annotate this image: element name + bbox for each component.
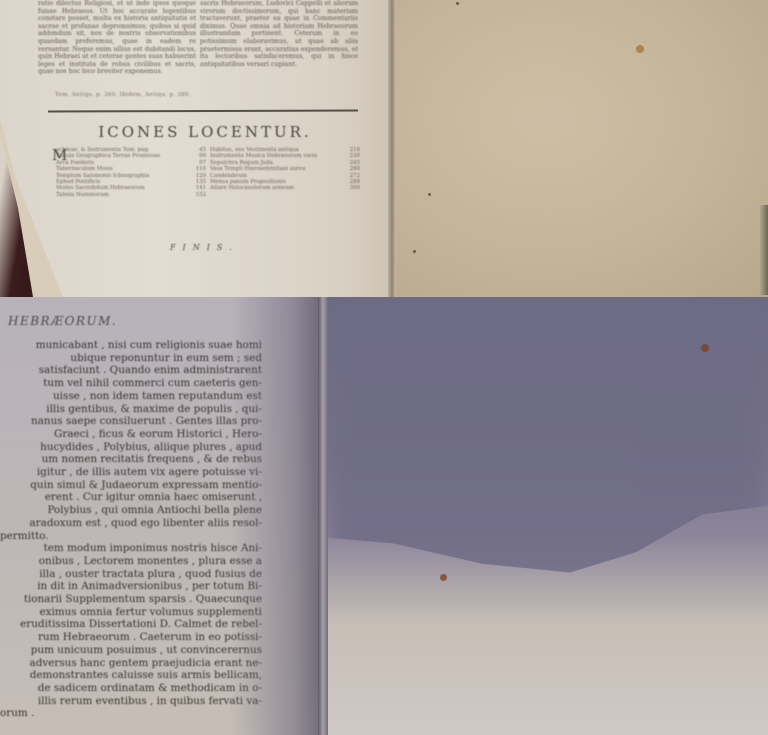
text-line: aradoxum est , quod ego libenter aliis r… xyxy=(0,517,262,530)
text-line: permitto. xyxy=(0,530,262,543)
book-gutter xyxy=(318,297,328,735)
text-line: nanus saepe consiluerunt . Gentes illas … xyxy=(0,415,262,428)
text-line: um nomen recitatis frequens , & de rebus xyxy=(0,453,262,466)
text-line: tum vel nihil commerci cum caeteris gen- xyxy=(0,377,262,390)
text-line: demonstrantes caluisse suis armis bellic… xyxy=(0,669,262,682)
top-photograph: ratio dilectus Religiosi, et ut inde ips… xyxy=(0,0,768,297)
plate-list-left: achinae, & Instrumenta Tom. pag.45 Tabul… xyxy=(56,147,206,198)
text-line: satisfaciunt . Quando enim administraren… xyxy=(0,364,262,377)
text-line: onibus , Lectorem monentes , plura esse … xyxy=(0,555,262,568)
left-page-top: ratio dilectus Religiosi, et ut inde ips… xyxy=(0,0,392,297)
footnote: Tom. Antiqu. p. 360. Ibidem, Antiqu. p. … xyxy=(55,92,191,98)
running-head: HEBRÆORUM. xyxy=(8,314,117,328)
text-line: de sadicem ordinatam & methodicam in o- xyxy=(0,682,262,695)
finis-colophon: FINIS. xyxy=(170,243,239,252)
foxing-spot xyxy=(636,45,644,53)
text-line: illis rerum eventibus , in quibus fervat… xyxy=(0,695,262,708)
body-text: municabant , nisi cum religionis suae ho… xyxy=(0,339,262,720)
text-line: Graeci , ficus & eorum Historici , Hero- xyxy=(0,428,262,441)
section-heading: ICONES LOCENTUR. xyxy=(55,123,355,141)
text-line: uisse , non idem tamen reputandum est xyxy=(0,390,262,403)
page-shadow xyxy=(230,297,320,735)
plate-list-right: Habitus, seu Vestimenta antiqua218 Instr… xyxy=(210,147,360,192)
bottom-photograph: HEBRÆORUM. municabant , nisi cum religio… xyxy=(0,297,768,735)
text-line: pum unicuum posuimus , ut convincerernus xyxy=(0,644,262,657)
text-line: illis gentibus, & maxime de populis , qu… xyxy=(0,403,262,416)
text-line: eruditissima Dissertationi D. Calmet de … xyxy=(0,618,262,631)
text-line: erent . Cur igitur omnia haec omiserunt … xyxy=(0,491,262,504)
page-edge xyxy=(760,205,768,295)
ink-speck xyxy=(413,250,416,253)
text-line: adversus hanc gentem praejudicia erant n… xyxy=(0,657,262,670)
text-line: ubique reponuntur in eum sem ; sed xyxy=(0,352,262,365)
text-line: quin simul & Judaeorum expressam mentio- xyxy=(0,479,262,492)
text-line: rum Hebraeorum . Caeterum in eo potissi- xyxy=(0,631,262,644)
text-line: eximus omnia fertur volumus supplementi xyxy=(0,606,262,619)
foxing-spot xyxy=(440,574,447,581)
list-item: Tabula Nummorum152 xyxy=(56,192,206,198)
text-line: Polybius , qui omnia Antiochi bella plen… xyxy=(0,504,262,517)
text-column-left: ratio dilectus Religiosi, et ut inde ips… xyxy=(38,0,196,84)
text-line: orum . xyxy=(0,707,262,720)
text-line: hucydides , Polybius, aliique plures , a… xyxy=(0,441,262,454)
horizontal-rule xyxy=(48,109,358,112)
book-gutter xyxy=(388,0,396,297)
blank-endpaper xyxy=(396,0,768,297)
list-item: Altare Holocaustorum aeneum300 xyxy=(210,185,360,191)
text-line: igitur , de illis autem vix agere potuis… xyxy=(0,466,262,479)
text-line: tionarii Supplementum sparsis . Quaecunq… xyxy=(0,593,262,606)
text-line: illa , ouster tractata plura , quod fusi… xyxy=(0,568,262,581)
foxing-spot xyxy=(701,344,709,352)
text-line: municabant , nisi cum religionis suae ho… xyxy=(0,339,262,352)
text-line: tem modum imponimus nostris hisce Ani- xyxy=(0,542,262,555)
text-line: in dit in Animadversionibus , per totum … xyxy=(0,580,262,593)
text-column-right: sacris Hebraeorum, Ludovici Cappelli et … xyxy=(200,0,358,84)
ink-speck xyxy=(428,193,431,196)
ink-speck xyxy=(456,2,459,5)
